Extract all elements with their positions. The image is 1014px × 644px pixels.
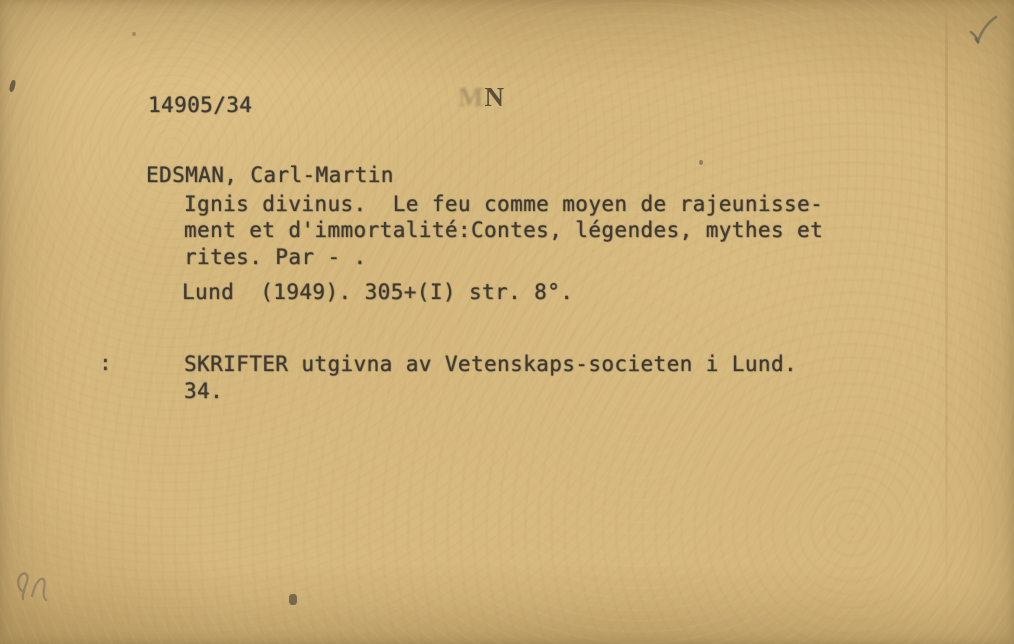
author-heading: EDSMAN, Carl-Martin bbox=[146, 162, 394, 188]
paper-crease-line bbox=[945, 0, 948, 644]
ink-speck bbox=[289, 594, 297, 605]
ink-speck bbox=[699, 160, 703, 165]
imprint-line: Lund (1949). 305+(I) str. 8°. bbox=[182, 279, 573, 305]
title-line: rites. Par - . bbox=[184, 244, 367, 270]
ink-stamp: MN bbox=[458, 82, 505, 113]
title-line: Ignis divinus. Le feu comme moyen de raj… bbox=[184, 191, 823, 217]
stamp-faint-letter: M bbox=[458, 82, 484, 112]
ink-speck bbox=[132, 32, 136, 36]
pencil-handwriting bbox=[10, 558, 66, 610]
call-number: 14905/34 bbox=[148, 92, 252, 118]
ink-speck bbox=[9, 80, 17, 93]
pencil-checkmark bbox=[963, 12, 1001, 48]
series-marker: : bbox=[99, 350, 112, 376]
title-line: ment et d'immortalité:Contes, légendes, … bbox=[184, 217, 823, 243]
stamp-main-letter: N bbox=[484, 82, 505, 112]
series-line: SKRIFTER utgivna av Vetenskaps-societen … bbox=[184, 351, 797, 377]
catalog-card: 14905/34 MN EDSMAN, Carl-Martin Ignis di… bbox=[0, 0, 1014, 644]
series-line: 34. bbox=[184, 378, 223, 404]
